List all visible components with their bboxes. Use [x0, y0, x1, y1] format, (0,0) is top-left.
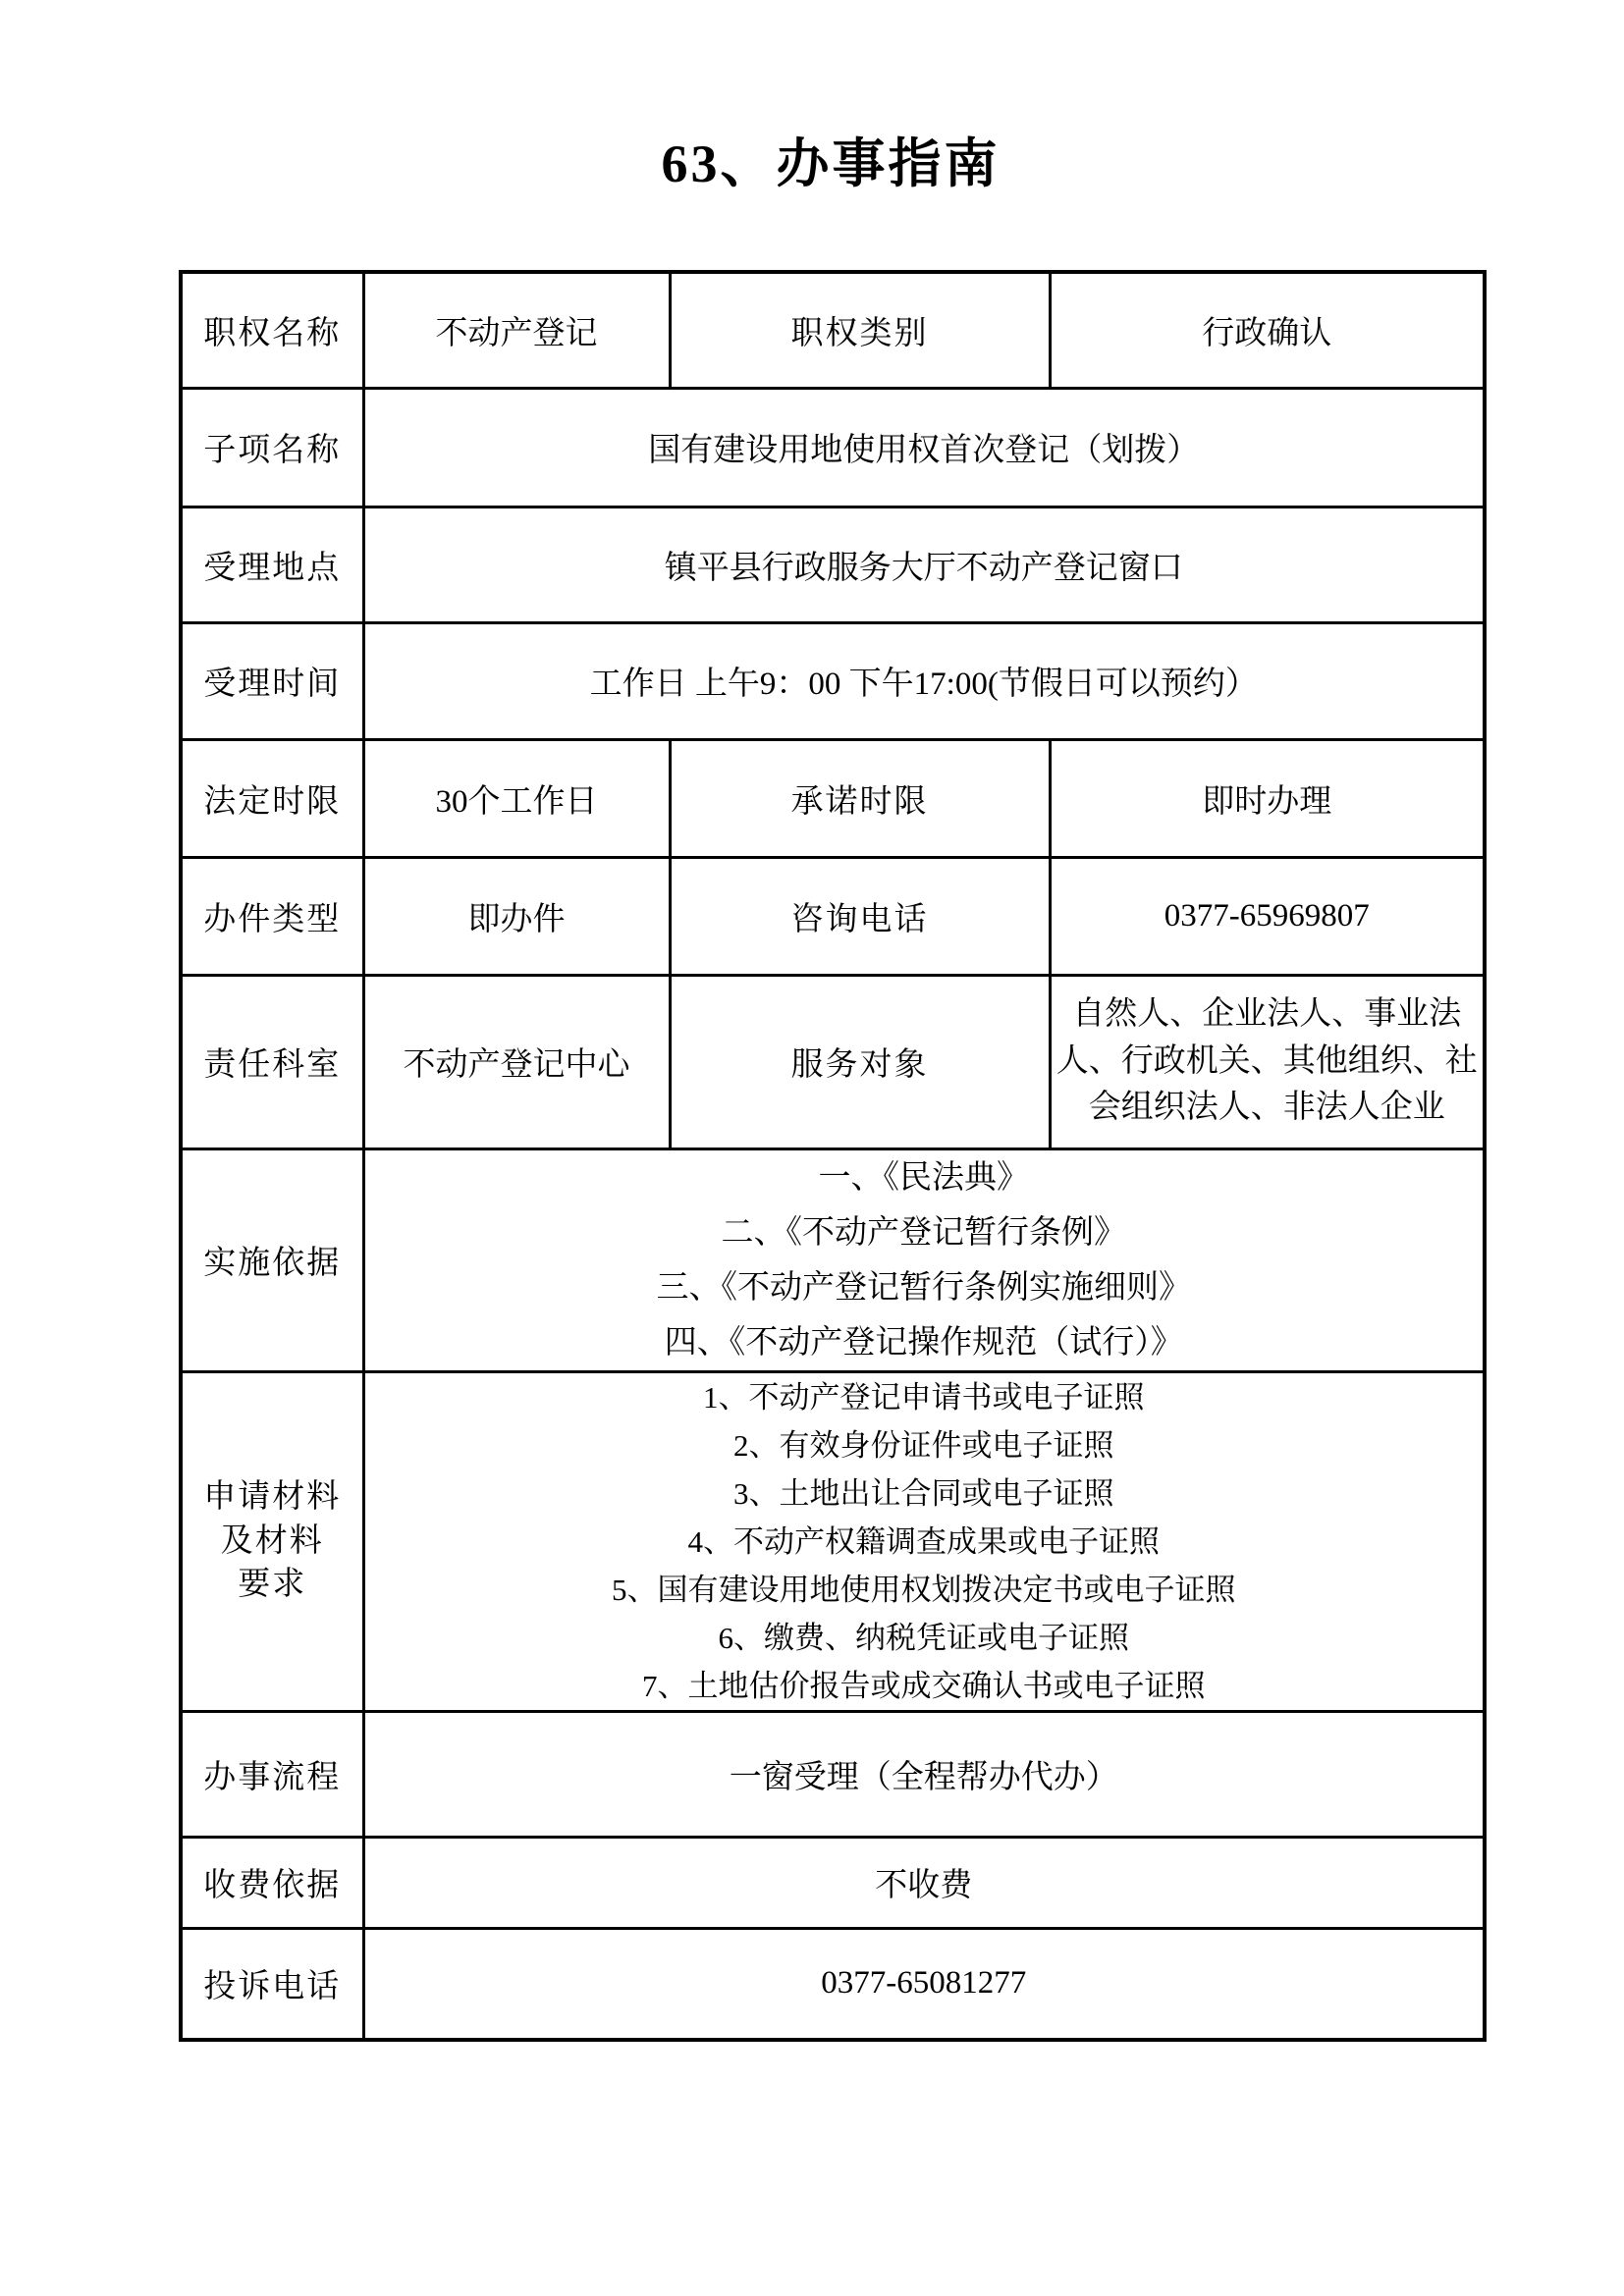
- row-fee-basis: 收费依据 不收费: [181, 1837, 1485, 1928]
- service-target-label: 服务对象: [670, 975, 1050, 1148]
- subitem-name-label: 子项名称: [181, 388, 363, 507]
- process-label: 办事流程: [181, 1711, 363, 1837]
- materials-list-item: 3、土地出让合同或电子证照: [365, 1469, 1484, 1518]
- row-subitem-name: 子项名称 国有建设用地使用权首次登记（划拨）: [181, 388, 1485, 507]
- implementation-basis-list: 一、《民法典》 二、《不动产登记暂行条例》 三、《不动产登记暂行条例实施细则》 …: [363, 1148, 1485, 1371]
- materials-list-item: 7、土地估价报告或成交确认书或电子证照: [365, 1662, 1484, 1710]
- application-materials-label-line: 及材料: [183, 1520, 362, 1564]
- materials-list-item: 6、缴费、纳税凭证或电子证照: [365, 1614, 1484, 1662]
- document-page: 63、办事指南 职权名称 不动产登记 职权类别 行政确认 子项名称 国有建设用地…: [0, 0, 1624, 2296]
- complaint-phone-label: 投诉电话: [181, 1928, 363, 2040]
- implementation-basis-label: 实施依据: [181, 1148, 363, 1371]
- service-guide-table: 职权名称 不动产登记 职权类别 行政确认 子项名称 国有建设用地使用权首次登记（…: [179, 270, 1487, 2042]
- materials-list-item: 4、不动产权籍调查成果或电子证照: [365, 1518, 1484, 1566]
- row-acceptance-time: 受理时间 工作日 上午9：00 下午17:00(节假日可以预约）: [181, 622, 1485, 739]
- row-authority-name: 职权名称 不动产登记 职权类别 行政确认: [181, 272, 1485, 388]
- authority-category-value: 行政确认: [1050, 272, 1485, 388]
- row-process: 办事流程 一窗受理（全程帮办代办）: [181, 1711, 1485, 1837]
- acceptance-time-value: 工作日 上午9：00 下午17:00(节假日可以预约）: [363, 622, 1485, 739]
- materials-list-item: 2、有效身份证件或电子证照: [365, 1421, 1484, 1469]
- application-materials-label: 申请材料 及材料 要求: [181, 1371, 363, 1711]
- acceptance-place-value: 镇平县行政服务大厅不动产登记窗口: [363, 507, 1485, 622]
- row-application-materials: 申请材料 及材料 要求 1、不动产登记申请书或电子证照 2、有效身份证件或电子证…: [181, 1371, 1485, 1711]
- acceptance-time-label: 受理时间: [181, 622, 363, 739]
- service-target-value: 自然人、企业法人、事业法人、行政机关、其他组织、社会组织法人、非法人企业: [1050, 975, 1485, 1148]
- consult-phone-label: 咨询电话: [670, 857, 1050, 975]
- authority-category-label: 职权类别: [670, 272, 1050, 388]
- basis-list-item: 四、《不动产登记操作规范（试行）》: [365, 1315, 1484, 1370]
- complaint-phone-value: 0377-65081277: [363, 1928, 1485, 2040]
- row-statutory-limit: 法定时限 30个工作日 承诺时限 即时办理: [181, 739, 1485, 857]
- acceptance-place-label: 受理地点: [181, 507, 363, 622]
- application-materials-list: 1、不动产登记申请书或电子证照 2、有效身份证件或电子证照 3、土地出让合同或电…: [363, 1371, 1485, 1711]
- row-implementation-basis: 实施依据 一、《民法典》 二、《不动产登记暂行条例》 三、《不动产登记暂行条例实…: [181, 1148, 1485, 1371]
- basis-list-item: 二、《不动产登记暂行条例》: [365, 1205, 1484, 1260]
- row-acceptance-place: 受理地点 镇平县行政服务大厅不动产登记窗口: [181, 507, 1485, 622]
- promised-limit-label: 承诺时限: [670, 739, 1050, 857]
- authority-name-value: 不动产登记: [363, 272, 670, 388]
- basis-list-item: 一、《民法典》: [365, 1150, 1484, 1205]
- authority-name-label: 职权名称: [181, 272, 363, 388]
- fee-basis-label: 收费依据: [181, 1837, 363, 1928]
- responsible-dept-value: 不动产登记中心: [363, 975, 670, 1148]
- basis-list-item: 三、《不动产登记暂行条例实施细则》: [365, 1260, 1484, 1315]
- consult-phone-value: 0377-65969807: [1050, 857, 1485, 975]
- row-complaint-phone: 投诉电话 0377-65081277: [181, 1928, 1485, 2040]
- statutory-limit-value: 30个工作日: [363, 739, 670, 857]
- row-handling-type: 办件类型 即办件 咨询电话 0377-65969807: [181, 857, 1485, 975]
- statutory-limit-label: 法定时限: [181, 739, 363, 857]
- responsible-dept-label: 责任科室: [181, 975, 363, 1148]
- handling-type-label: 办件类型: [181, 857, 363, 975]
- fee-basis-value: 不收费: [363, 1837, 1485, 1928]
- materials-list-item: 1、不动产登记申请书或电子证照: [365, 1373, 1484, 1421]
- row-responsible-dept: 责任科室 不动产登记中心 服务对象 自然人、企业法人、事业法人、行政机关、其他组…: [181, 975, 1485, 1148]
- materials-list-item: 5、国有建设用地使用权划拨决定书或电子证照: [365, 1566, 1484, 1614]
- page-title: 63、办事指南: [179, 122, 1483, 197]
- handling-type-value: 即办件: [363, 857, 670, 975]
- application-materials-label-line: 要求: [183, 1563, 362, 1607]
- subitem-name-value: 国有建设用地使用权首次登记（划拨）: [363, 388, 1485, 507]
- process-value: 一窗受理（全程帮办代办）: [363, 1711, 1485, 1837]
- promised-limit-value: 即时办理: [1050, 739, 1485, 857]
- application-materials-label-line: 申请材料: [183, 1475, 362, 1520]
